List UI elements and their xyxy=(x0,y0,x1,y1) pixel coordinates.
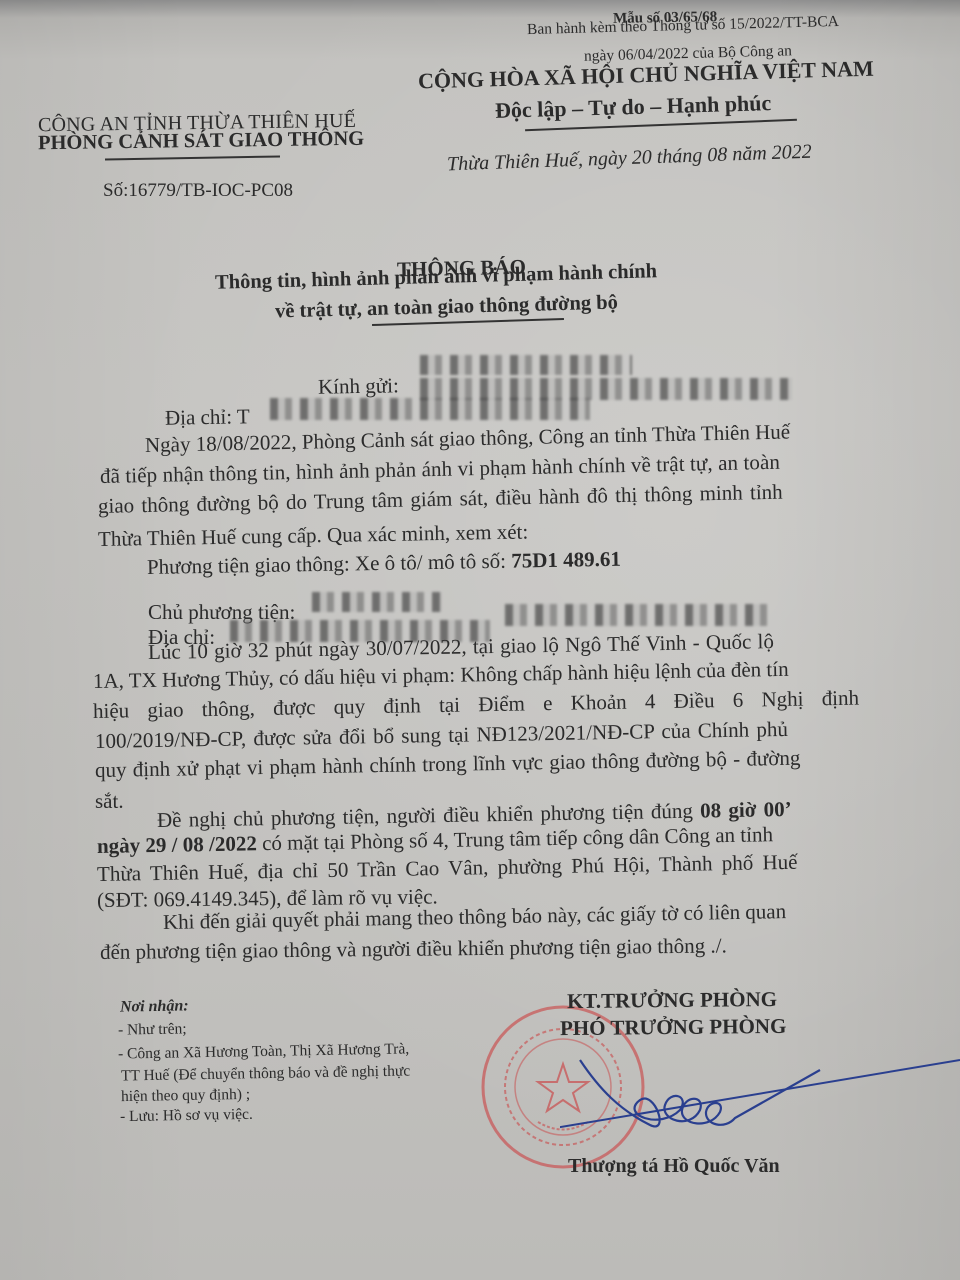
recipient-item: - Lưu: Hồ sơ vụ việc. xyxy=(120,1106,253,1126)
addressee-address-label: Địa chỉ: T xyxy=(165,404,250,430)
appointment-time: 08 giờ 00’ xyxy=(700,797,792,823)
signer-name: Thượng tá Hồ Quốc Văn xyxy=(568,1155,780,1178)
agency-underline xyxy=(105,155,280,160)
redacted-owner-name xyxy=(312,592,442,612)
document-number: Số:16779/TB-IOC-PC08 xyxy=(103,180,293,202)
nation-title: CỘNG HÒA XÃ HỘI CHỦ NGHĨA VIỆT NAM xyxy=(418,56,874,95)
para2-line6: sắt. xyxy=(95,789,124,814)
signature-title-line2: PHÓ TRƯỞNG PHÒNG xyxy=(560,1014,787,1041)
para4-line2: đến phương tiện giao thông và người điều… xyxy=(100,933,727,965)
redacted-addressee-name-1 xyxy=(420,355,632,375)
redacted-addressee-name-2 xyxy=(420,378,792,400)
address-label-text: Địa chỉ: xyxy=(165,405,232,430)
vehicle-label: Phương tiện giao thông: Xe ô tô/ mô tô s… xyxy=(147,549,506,579)
recipient-item: - Công an Xã Hương Toàn, Thị Xã Hương Tr… xyxy=(118,1040,409,1063)
form-reference-line1: Ban hành kèm theo Thông tư số 15/2022/TT… xyxy=(527,13,839,39)
address-prefix: T xyxy=(237,404,250,428)
document-subtitle-line2: về trật tự, an toàn giao thông đường bộ xyxy=(275,292,618,324)
recipients-title: Nơi nhận: xyxy=(120,997,189,1016)
place-date: Thừa Thiên Huế, ngày 20 tháng 08 năm 202… xyxy=(447,141,812,177)
document-subtitle-line1: Thông tin, hình ảnh phản ánh vi phạm hàn… xyxy=(215,260,658,295)
signature-title-line1: KT.TRƯỞNG PHÒNG xyxy=(567,987,777,1014)
redacted-owner-extra xyxy=(505,604,767,626)
recipient-item: hiện theo quy định) ; xyxy=(121,1086,250,1106)
agency-unit: PHÒNG CẢNH SÁT GIAO THÔNG xyxy=(38,128,364,156)
vehicle-line: Phương tiện giao thông: Xe ô tô/ mô tô s… xyxy=(147,547,621,580)
nation-motto: Độc lập – Tự do – Hạnh phúc xyxy=(495,90,772,124)
appointment-date: ngày 29 / 08 /2022 xyxy=(97,831,257,858)
recipient-item: - Như trên; xyxy=(118,1020,187,1039)
redacted-addressee-address xyxy=(270,398,590,420)
addressee-label: Kính gửi: xyxy=(318,373,399,399)
recipient-item: TT Huế (Để chuyển thông báo và đề nghị t… xyxy=(121,1062,410,1085)
vehicle-plate: 75D1 489.61 xyxy=(511,547,621,573)
para1-line4: Thừa Thiên Huế cung cấp. Qua xác minh, x… xyxy=(98,519,529,552)
